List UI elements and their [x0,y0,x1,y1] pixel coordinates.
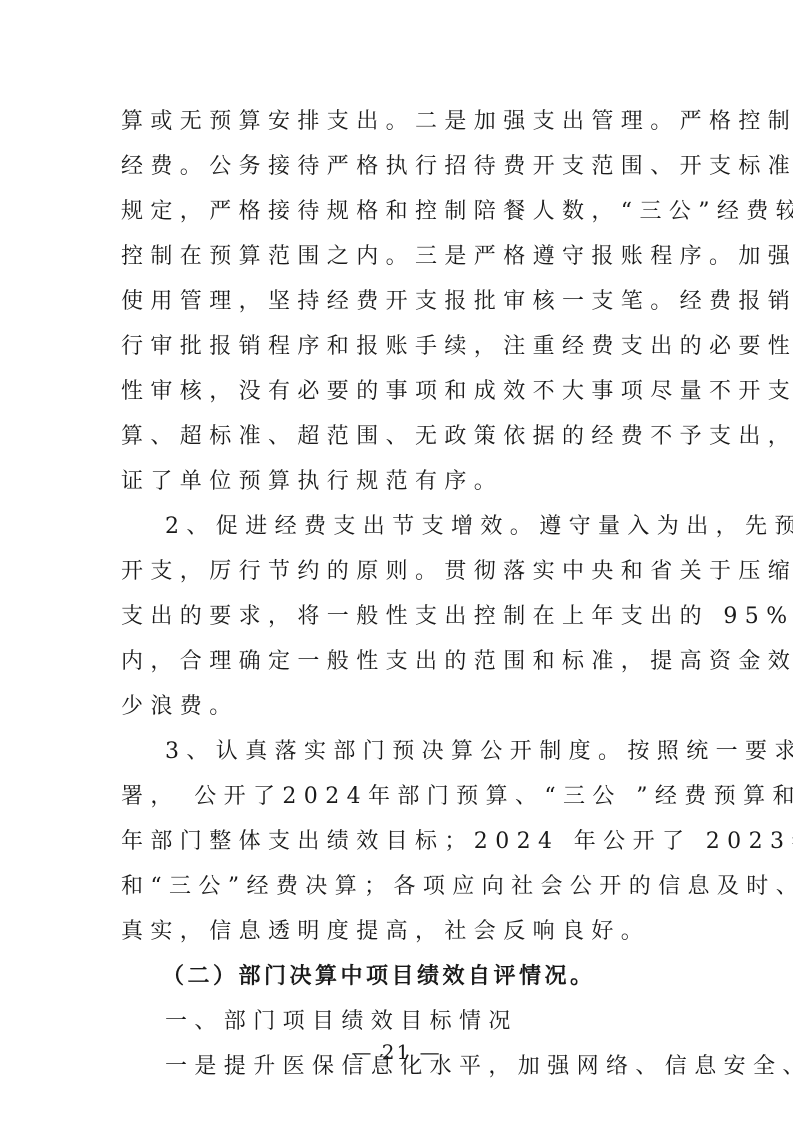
subsection-heading: 一、部门项目绩效目标情况 [165,1007,725,1037]
paragraph-line: 真实，信息透明度提高，社会反响良好。 [121,917,681,947]
paragraph-line: 使用管理，坚持经费开支报批审核一支笔。经费报销严格执 [121,287,681,317]
paragraph-line: 2、促进经费支出节支增效。遵守量入为出，先预算后 [165,512,725,542]
paragraph-line: 少浪费。 [121,692,681,722]
paragraph-line: 署， 公开了2024年部门预算、“三公 ”经费预算和 2024 [121,782,681,812]
paragraph-line: 和“三公”经费决算；各项应向社会公开的信息及时、完整、 [121,872,681,902]
paragraph-line: 3、认真落实部门预决算公开制度。按照统一要求和部 [165,737,725,767]
paragraph-line: 证了单位预算执行规范有序。 [121,467,681,497]
paragraph-line: 开支，厉行节约的原则。贯彻落实中央和省关于压缩一般性 [121,557,681,587]
paragraph-line: 行审批报销程序和报账手续，注重经费支出的必要性和有效 [121,332,681,362]
paragraph-line: 控制在预算范围之内。三是严格遵守报账程序。加强资金的 [121,242,681,272]
document-page: 算或无预算安排支出。二是加强支出管理。严格控制“三公 ” 经费。公务接待严格执行… [0,0,793,1122]
paragraph-line: 年部门整体支出绩效目标；2024 年公开了 2023年部门决算 [121,827,681,857]
paragraph-line: 内，合理确定一般性支出的范围和标准，提高资金效益，减 [121,647,681,677]
section-heading: （二）部门决算中项目绩效自评情况。 [162,962,722,992]
paragraph-line: 经费。公务接待严格执行招待费开支范围、开支标准的有关 [121,152,681,182]
paragraph-line: 支出的要求，将一般性支出控制在上年支出的 95%限额以 [121,602,681,632]
paragraph-line: 性审核，没有必要的事项和成效不大事项尽量不开支，超预 [121,377,681,407]
paragraph-line: 算或无预算安排支出。二是加强支出管理。严格控制“三公 ” [121,107,681,137]
page-number: — 21 — [0,1038,793,1066]
paragraph-line: 算、超标准、超范围、无政策依据的经费不予支出，有效保 [121,422,681,452]
paragraph-line: 规定，严格接待规格和控制陪餐人数，“三公”经费较好地 [121,197,681,227]
